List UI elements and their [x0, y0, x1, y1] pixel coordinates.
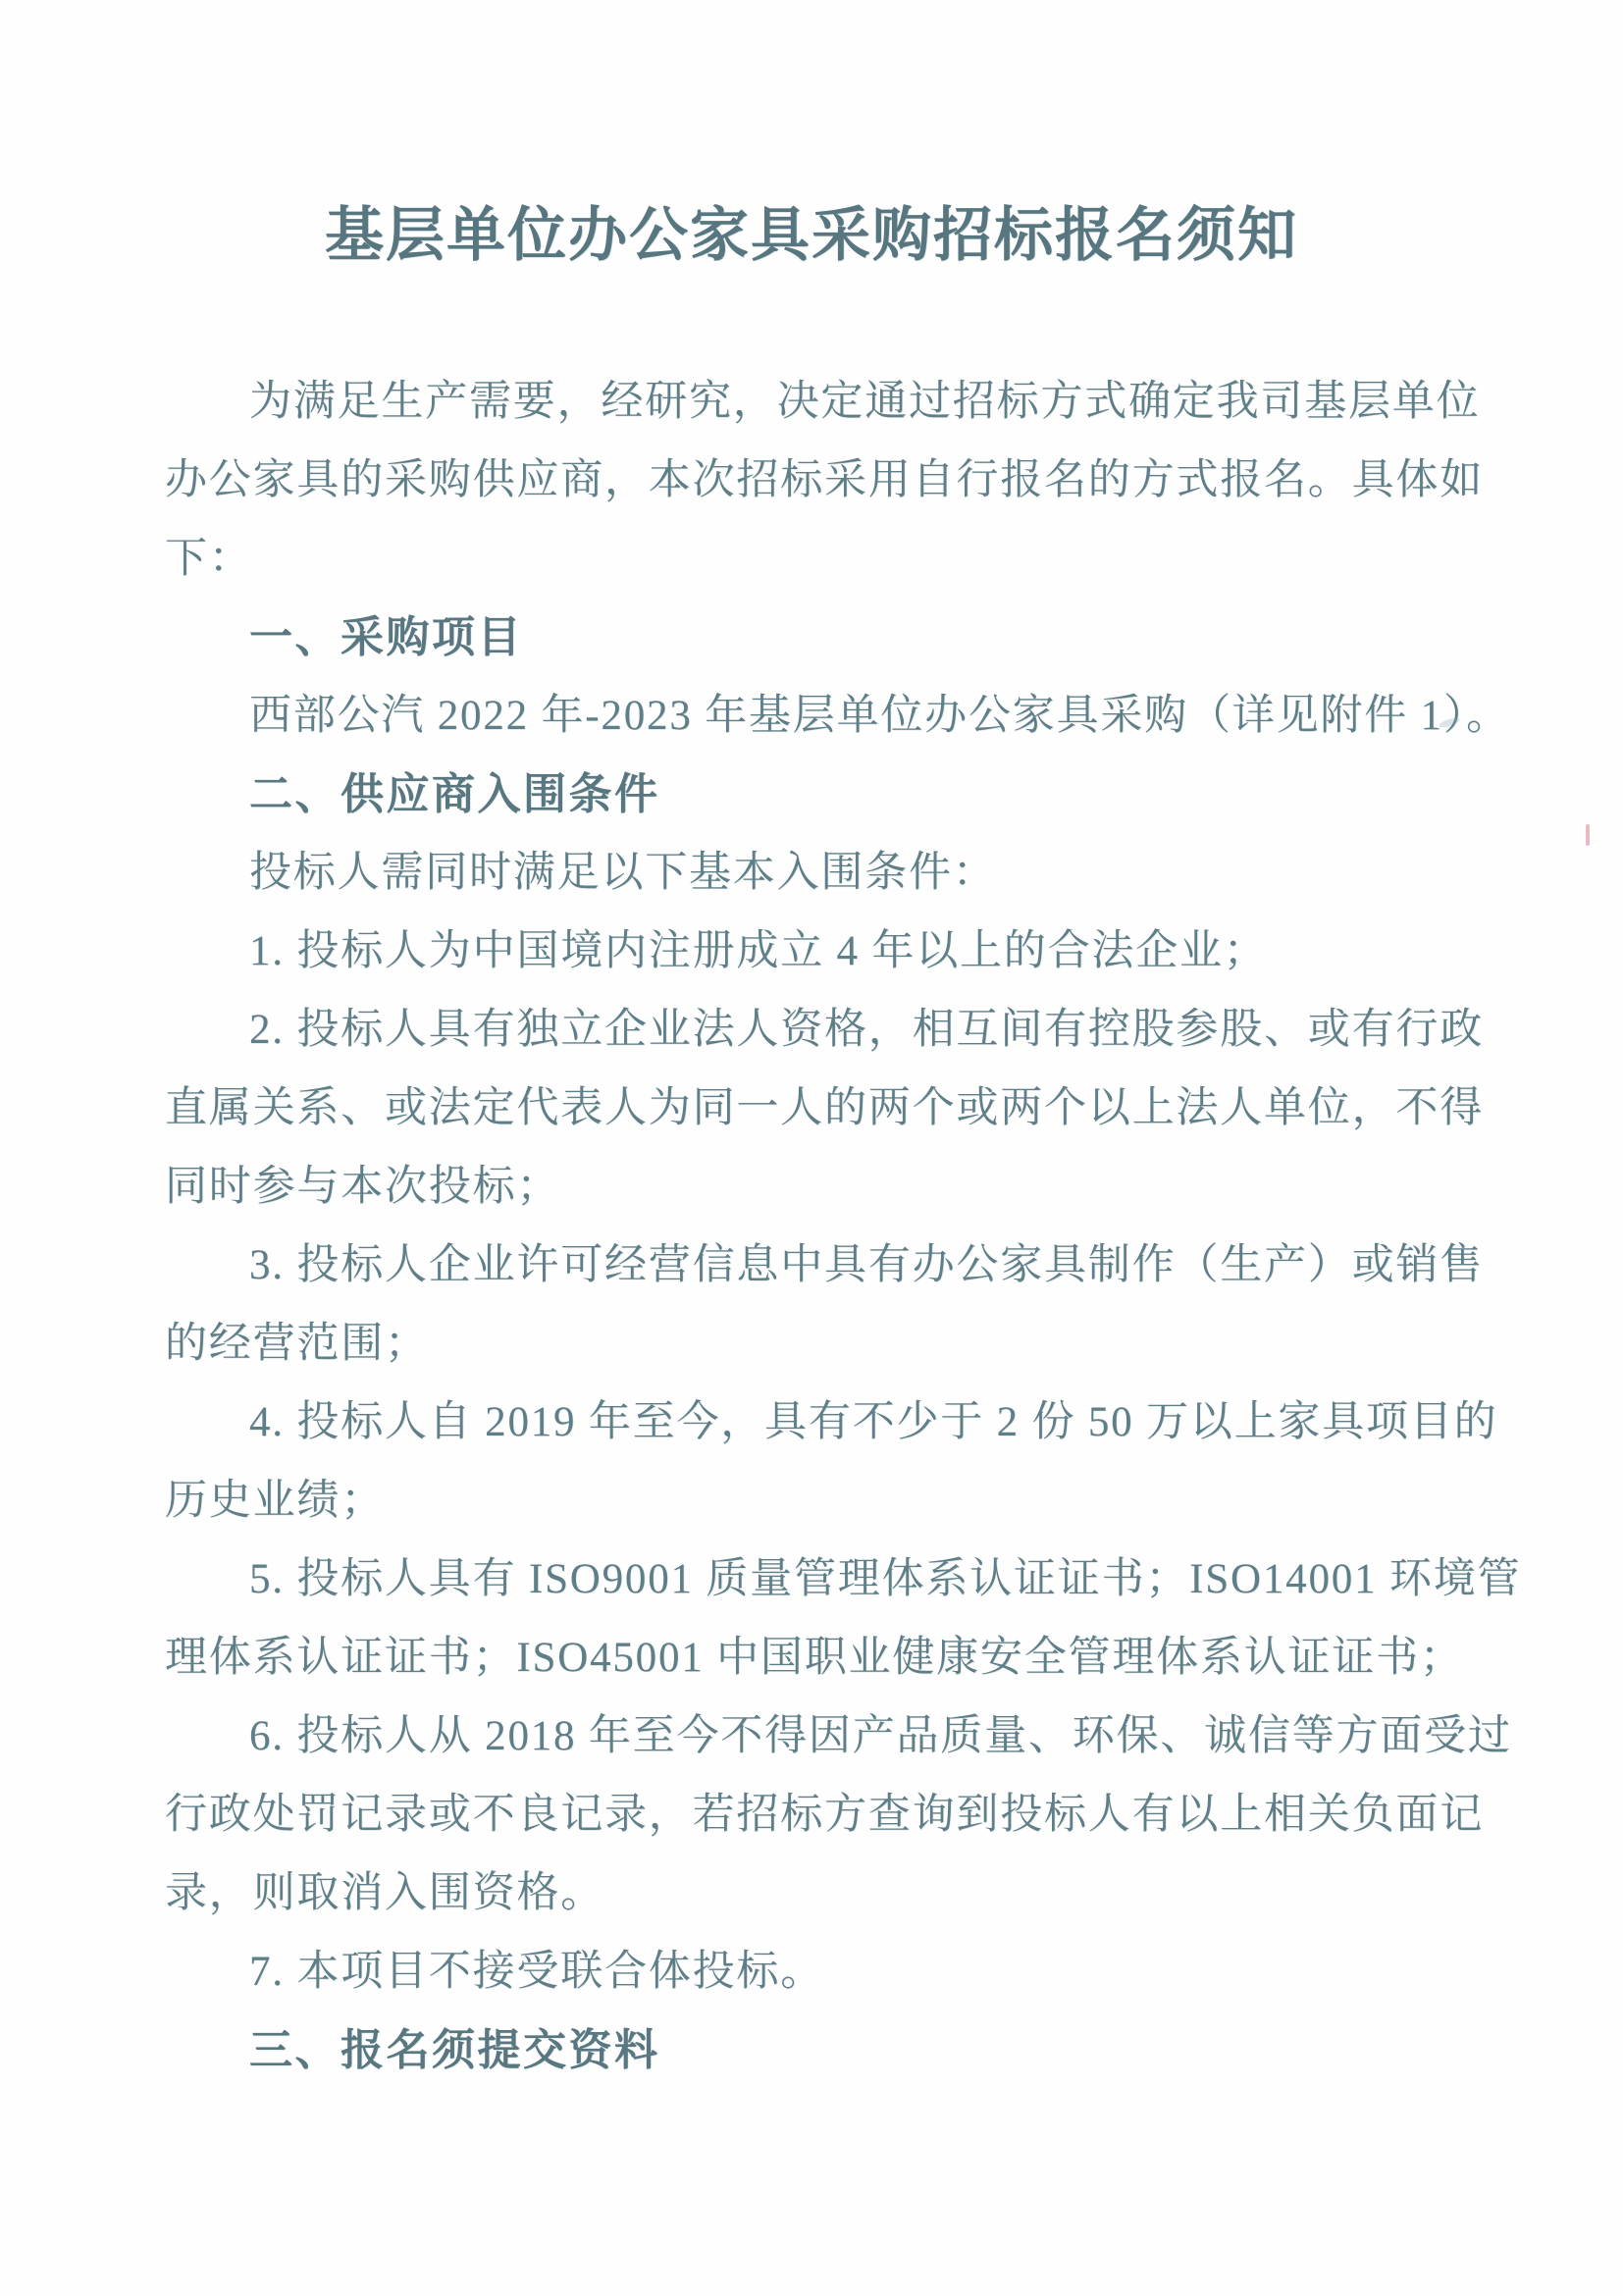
- document-line: 同时参与本次投标；: [165, 1148, 1492, 1226]
- document-line: 1. 投标人为中国境内注册成立 4 年以上的合法企业；: [165, 913, 1492, 991]
- document-line: 理体系认证证书；ISO45001 中国职业健康安全管理体系认证证书；: [165, 1619, 1492, 1697]
- document-heading-line: 一、采购项目: [165, 599, 1492, 677]
- document-line: 行政处罚记录或不良记录，若招标方查询到投标人有以上相关负面记: [165, 1776, 1492, 1854]
- document-line: 投标人需同时满足以下基本入围条件：: [165, 834, 1492, 913]
- document-title: 基层单位办公家具采购招标报名须知: [0, 196, 1623, 275]
- document-heading-line: 三、报名须提交资料: [165, 2011, 1492, 2090]
- document-line: 2. 投标人具有独立企业法人资格，相互间有控股参股、或有行政: [165, 991, 1492, 1070]
- document-line: 7. 本项目不接受联合体投标。: [165, 1933, 1492, 2011]
- document-body: 为满足生产需要，经研究，决定通过招标方式确定我司基层单位办公家具的采购供应商，本…: [165, 363, 1492, 2090]
- document-line: 为满足生产需要，经研究，决定通过招标方式确定我司基层单位: [165, 363, 1492, 442]
- scan-artifact-pink-mark: [1586, 824, 1590, 846]
- document-heading-line: 二、供应商入围条件: [165, 756, 1492, 834]
- document-line: 的经营范围；: [165, 1305, 1492, 1383]
- document-line: 西部公汽 2022 年-2023 年基层单位办公家具采购（详见附件 1）。: [165, 677, 1492, 756]
- document-line: 4. 投标人自 2019 年至今，具有不少于 2 份 50 万以上家具项目的: [165, 1383, 1492, 1462]
- document-line: 5. 投标人具有 ISO9001 质量管理体系认证证书；ISO14001 环境管: [165, 1540, 1492, 1619]
- document-line: 下：: [165, 520, 1492, 599]
- document-line: 直属关系、或法定代表人为同一人的两个或两个以上法人单位，不得: [165, 1070, 1492, 1148]
- document-page: 基层单位办公家具采购招标报名须知 为满足生产需要，经研究，决定通过招标方式确定我…: [0, 0, 1623, 2296]
- document-line: 6. 投标人从 2018 年至今不得因产品质量、环保、诚信等方面受过: [165, 1697, 1492, 1776]
- document-line: 历史业绩；: [165, 1462, 1492, 1540]
- document-line: 录，则取消入围资格。: [165, 1854, 1492, 1933]
- document-line: 3. 投标人企业许可经营信息中具有办公家具制作（生产）或销售: [165, 1226, 1492, 1305]
- document-line: 办公家具的采购供应商，本次招标采用自行报名的方式报名。具体如: [165, 442, 1492, 520]
